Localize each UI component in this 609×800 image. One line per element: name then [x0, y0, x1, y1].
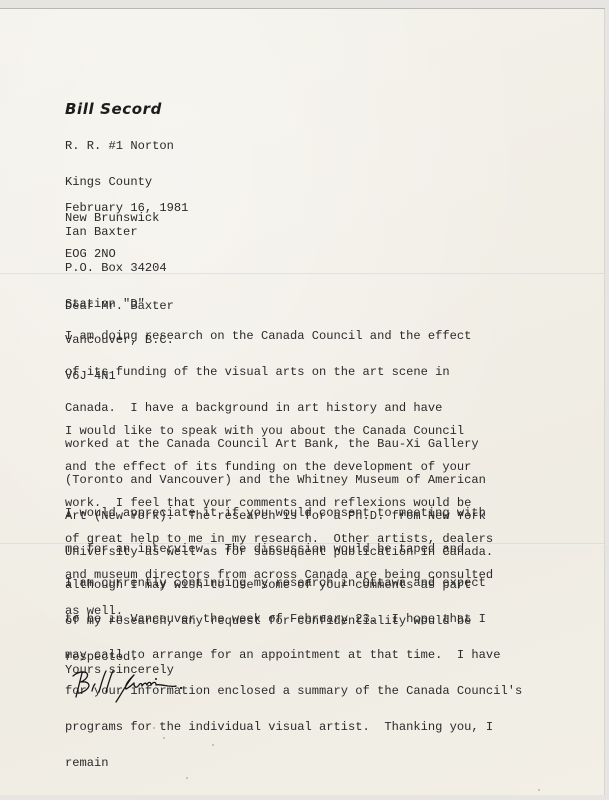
- handwritten-signature: [68, 667, 218, 707]
- paragraph-line: of its funding of the visual arts on the…: [65, 366, 493, 378]
- paragraph-line: I am doing research on the Canada Counci…: [65, 330, 493, 342]
- paragraph-line: and the effect of its funding on the dev…: [65, 461, 493, 473]
- paragraph-line: to be in Vancouver the week of February …: [65, 613, 522, 625]
- paragraph-line: remain: [65, 757, 522, 769]
- paragraph-line: I would appreciate it if you would conse…: [65, 507, 486, 519]
- paragraph-line: programs for the individual visual artis…: [65, 721, 522, 733]
- sender-address-line: R. R. #1 Norton: [65, 140, 174, 152]
- recipient-address-line: Ian Baxter: [65, 226, 174, 238]
- letter-page: Bill Secord R. R. #1 Norton Kings County…: [0, 8, 605, 795]
- paper-speck: [538, 789, 540, 791]
- paragraph-line: I am currently continuing my research in…: [65, 577, 522, 589]
- scanned-document: Bill Secord R. R. #1 Norton Kings County…: [0, 0, 609, 800]
- recipient-address-line: P.O. Box 34204: [65, 262, 174, 274]
- paragraph-line: I would like to speak with you about the…: [65, 425, 493, 437]
